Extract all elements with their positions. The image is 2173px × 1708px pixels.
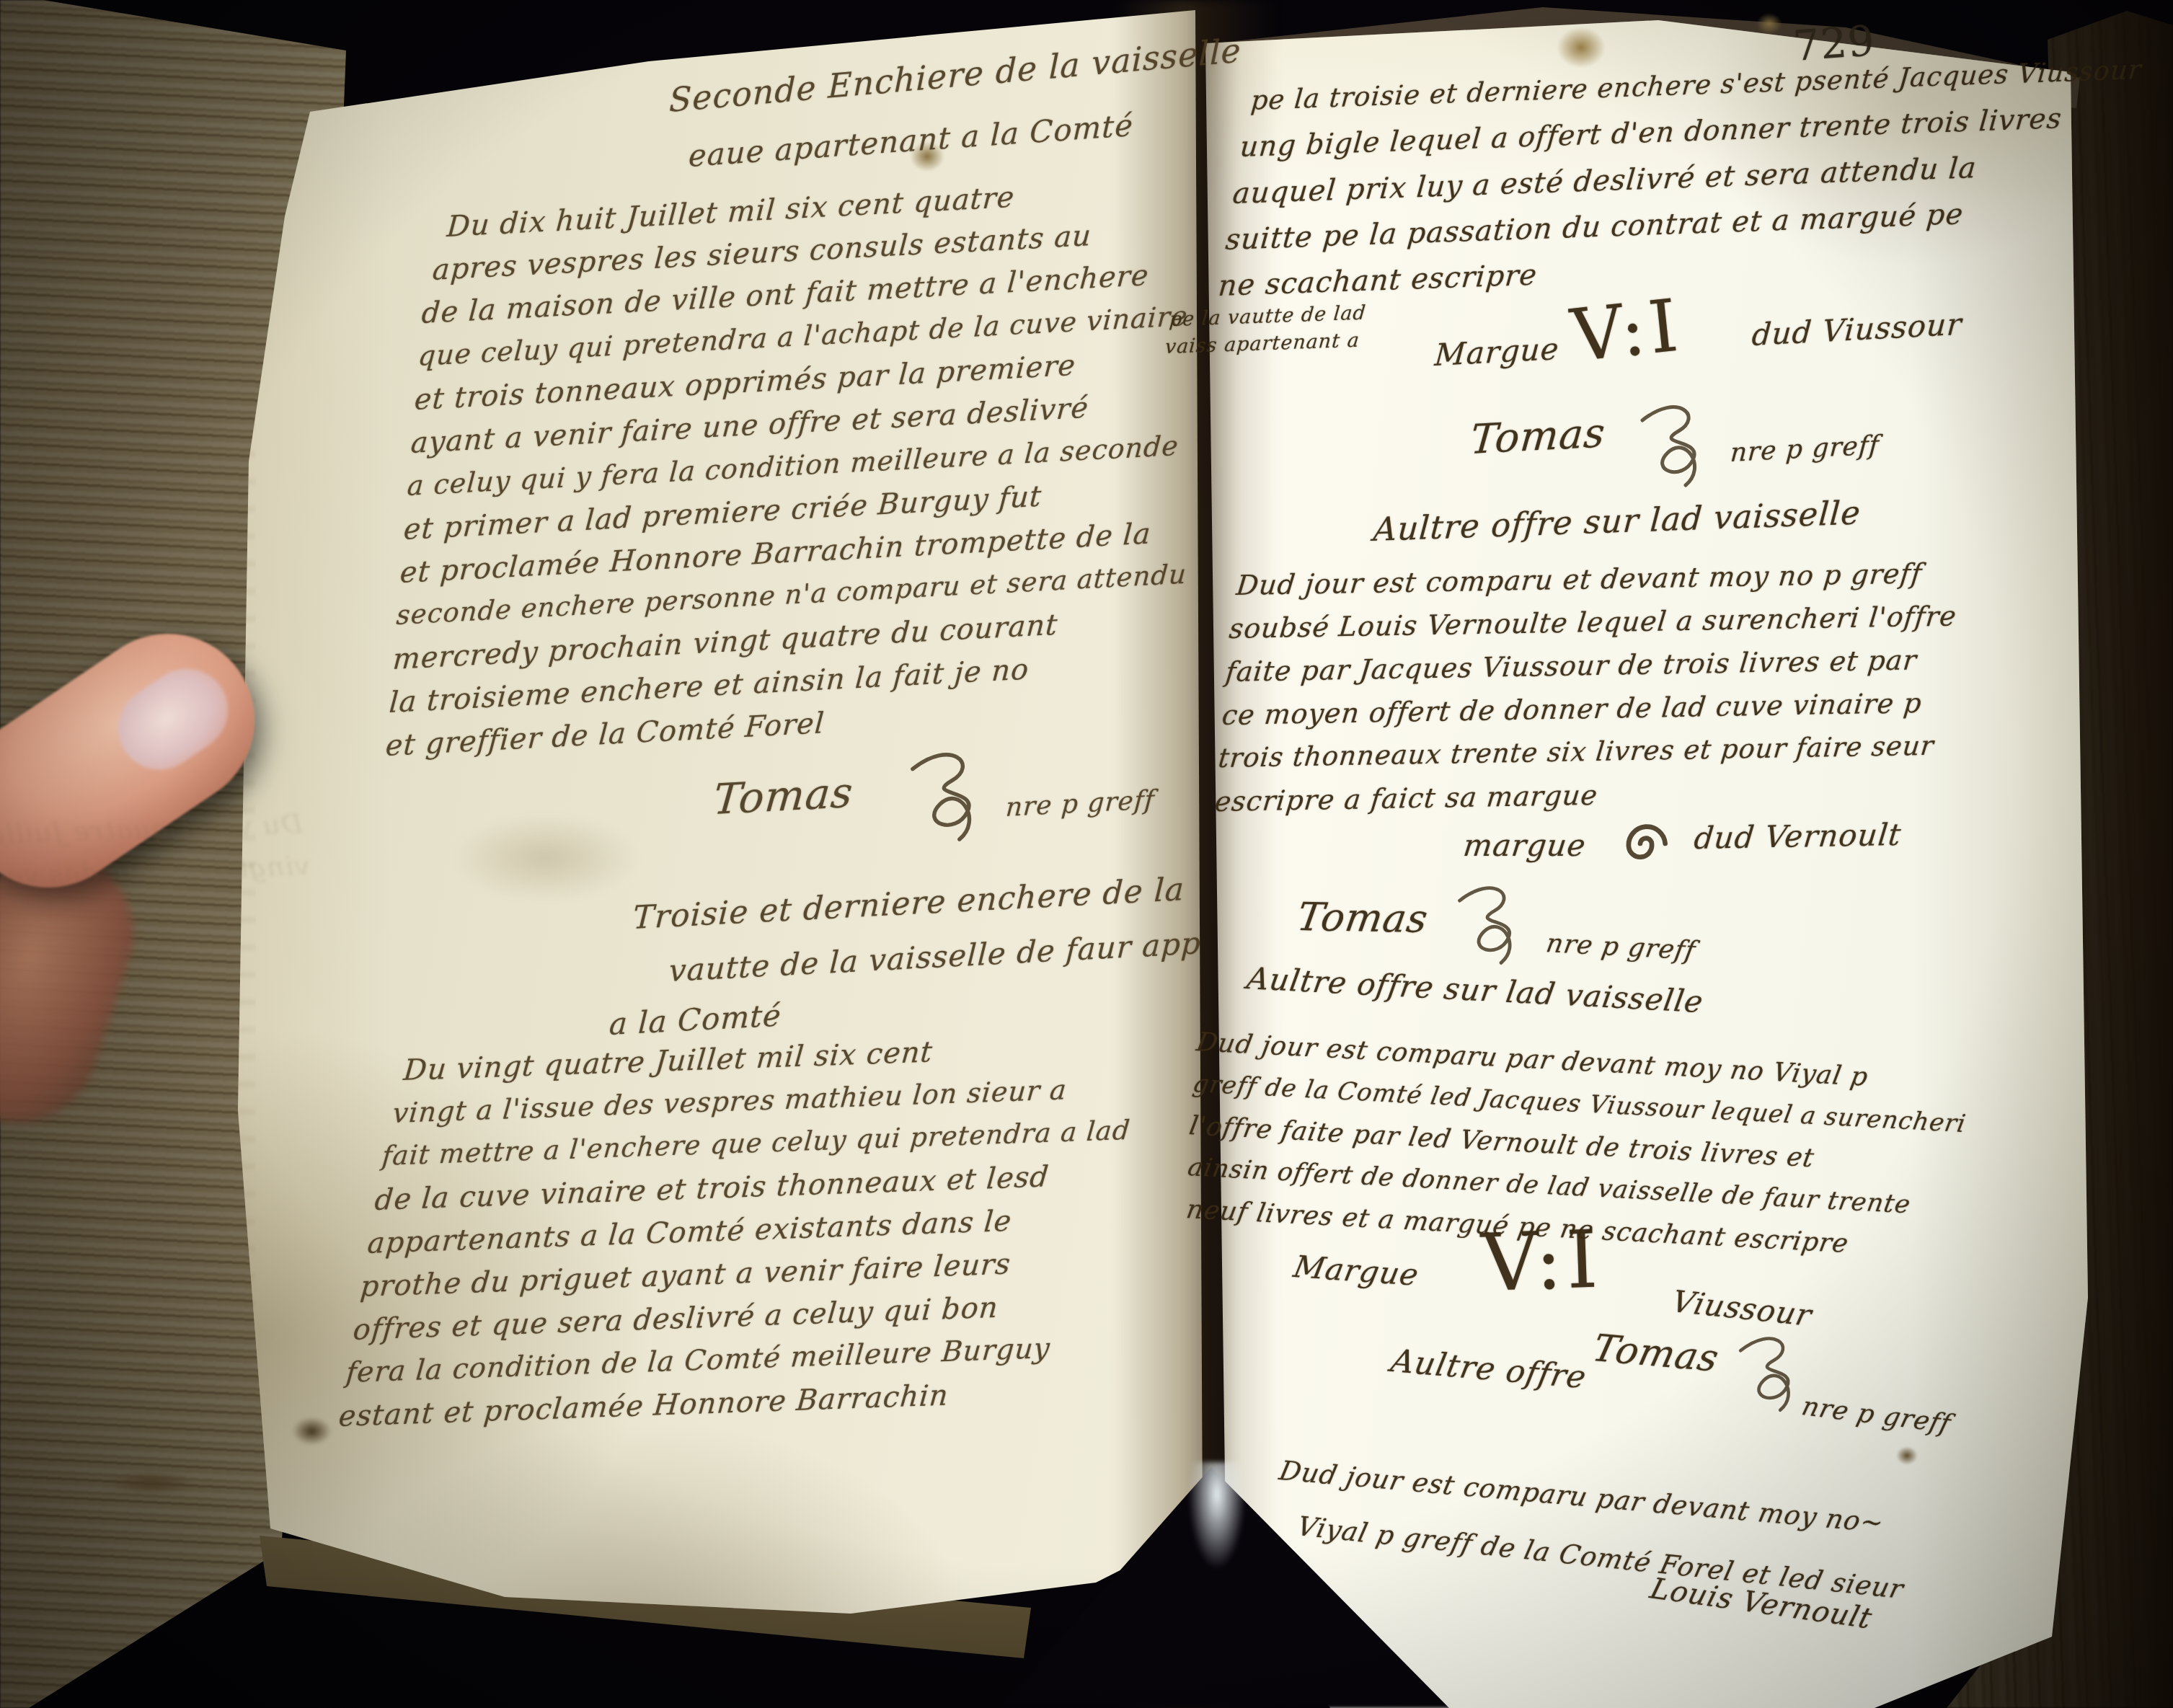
right-body-line: escripre a faict sa margue [1213,779,1600,818]
ink-stain [108,1471,195,1495]
signature-name: Tomas [712,768,855,825]
manuscript-photo: 729 Seconde Enchiere de la vaisselle eau… [0,0,2173,1708]
spiral-mark-icon [1611,815,1669,872]
signature-paraph-icon [1453,876,1536,981]
paper-spot [1896,1446,1918,1465]
signature-paraph-icon [1635,395,1722,503]
illiterate-mark: V:I [1480,1213,1603,1309]
paper-smudge [453,815,640,901]
signature-name: Tomas [1294,894,1431,942]
paper-spot [1756,13,1782,35]
gutter-corner-highlight [1188,1462,1246,1570]
paper-spot [1557,27,1605,68]
margue-label: margue [1461,828,1588,863]
signature-paraph-icon [905,743,999,858]
margue-who: dud Vernoult [1692,817,1903,856]
ink-stain [292,1417,332,1446]
book-gutter-shadow [1114,0,1280,1708]
signature-name: Tomas [1469,410,1607,464]
page-number: 729 [1792,16,1877,71]
illiterate-mark: V:I [1567,283,1686,378]
margue-label: Margue [1433,331,1560,373]
